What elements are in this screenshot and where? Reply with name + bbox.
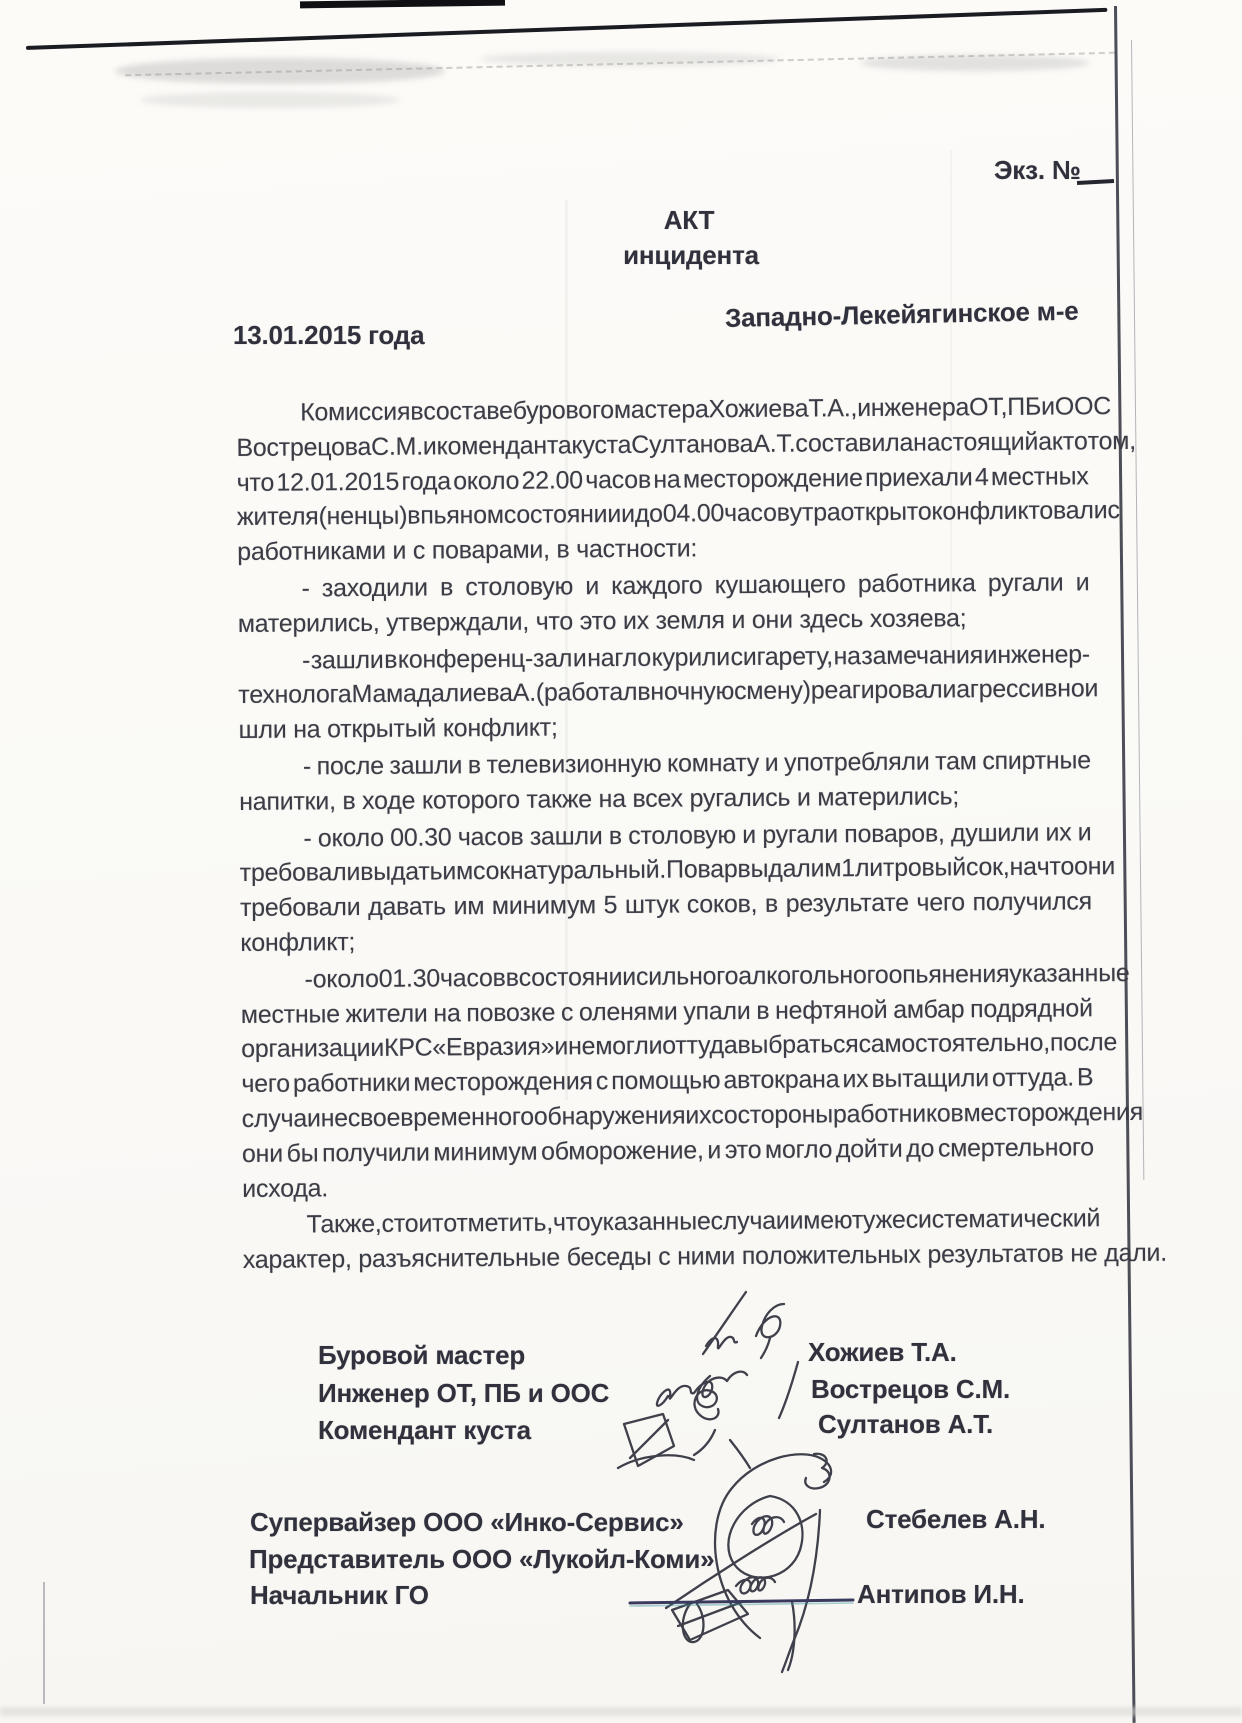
scan-artifact-smudge xyxy=(480,52,780,66)
paragraph: КомиссиявсоставебуровогомастераХожиеваТ.… xyxy=(236,389,1089,570)
paragraph: -около01.30часоввсостояниисильногоалкого… xyxy=(240,956,1094,1206)
scan-artifact-bottom-band xyxy=(0,1707,1242,1716)
paragraph: -около00.30часовзашливстоловуюиругалипов… xyxy=(239,815,1092,961)
scan-artifact-smudge xyxy=(140,92,400,108)
scanned-document-page: Экз. № АКТ инцидента 13.01.2015 года Зап… xyxy=(0,0,1242,1723)
body-line: технологаМамадалиеваА.(работалвночнуюсме… xyxy=(238,672,1090,713)
page-edge-line xyxy=(43,1582,45,1704)
scan-artifact-smudge xyxy=(860,55,1090,71)
oilfield-name: Западно-Лекейягинское м-е xyxy=(725,296,1079,333)
document-body: КомиссиявсоставебуровогомастераХожиеваТ.… xyxy=(236,389,1095,1278)
body-line: онибыполучилиминимумобморожение,иэтомогл… xyxy=(242,1130,1094,1171)
scan-artifact-diagonal-line xyxy=(26,8,1107,50)
copy-number-blank-line xyxy=(1077,179,1114,185)
paragraph: Также,стоитотметить,чтоуказанныеслучаиим… xyxy=(242,1202,1095,1278)
page-edge-line xyxy=(1131,40,1145,1180)
body-line: -послезашливтелевизионнуюкомнатуиупотреб… xyxy=(239,743,1091,784)
copy-number-label: Экз. № xyxy=(994,157,1081,183)
scan-artifact-top-bar xyxy=(300,0,505,8)
body-line: конфликт; xyxy=(240,919,1092,960)
signatory-role: Начальник ГО xyxy=(250,1580,429,1610)
document-subtitle: инцидента xyxy=(623,240,759,270)
document-title: АКТ xyxy=(664,205,715,235)
body-line: работниками и с поварами, в частности: xyxy=(237,528,1089,569)
body-line: шли на открытый конфликт; xyxy=(238,706,1090,747)
body-line: жителя(ненцы)впьяномсостоянииидо04.00час… xyxy=(237,494,1089,535)
handwritten-signatures-ink xyxy=(560,1272,900,1682)
document-date: 13.01.2015 года xyxy=(233,320,424,350)
page-edge-line xyxy=(1114,6,1135,1723)
paragraph: -заходиливстоловуюикаждогокушающегоработ… xyxy=(237,565,1090,641)
scan-artifact-smudge xyxy=(115,58,445,84)
body-line: требовалидаватьимминимум5штуксоков,врезу… xyxy=(240,884,1092,925)
paragraph: -зашливконференц-залинаглокурилисигарету… xyxy=(238,637,1091,748)
body-line: исхода. xyxy=(242,1165,1094,1206)
signatory-role: Буровой мастер xyxy=(318,1340,525,1370)
signature-line xyxy=(630,1600,853,1603)
paragraph: -послезашливтелевизионнуюкомнатуиупотреб… xyxy=(239,743,1092,819)
body-line: напитки, в ходе которого также на всех р… xyxy=(239,778,1091,819)
body-line: -около01.30часоввсостояниисильногоалкого… xyxy=(240,956,1092,997)
body-line: матерились, утверждали, что это их земля… xyxy=(238,600,1090,641)
signatory-role: Комендант куста xyxy=(318,1415,531,1445)
